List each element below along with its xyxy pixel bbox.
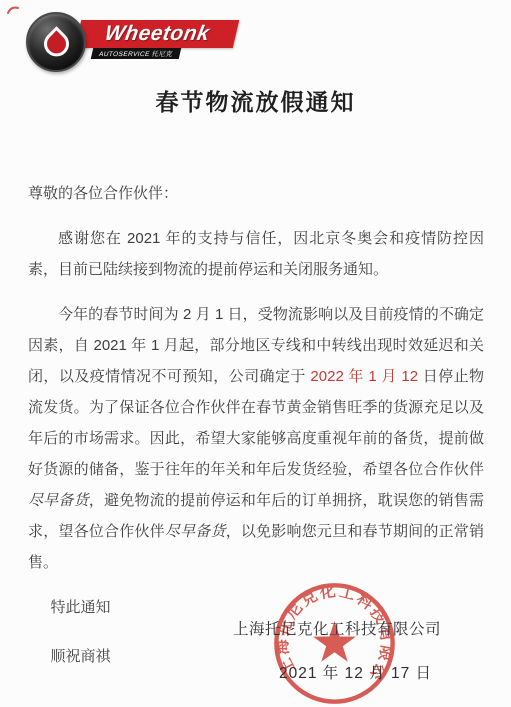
signature-company: 上海托尼克化工科技有限公司	[233, 617, 441, 639]
logo-tagline-text: AUTOSERVICE 托尼克	[98, 49, 174, 58]
greeting-line: 尊敬的各位合作伙伴：	[28, 178, 484, 209]
text-segment: 感谢您在 2021 年的支持与信任，因北京冬奥会和疫情防控因素，目前已陆续接到物…	[28, 230, 484, 278]
notice-body: 尊敬的各位合作伙伴： 感谢您在 2021 年的支持与信任，因北京冬奥会和疫情防控…	[28, 178, 484, 672]
text-segment-italic: 尽早备货	[165, 523, 226, 540]
red-corner-mark	[7, 5, 19, 15]
notice-document: Wheetonk AUTOSERVICE 托尼克 春节物流放假通知 尊敬的各位合…	[0, 0, 511, 707]
notice-title: 春节物流放假通知	[0, 84, 511, 117]
signature-date: 2021 年 12 月 17 日	[279, 661, 432, 683]
logo-circle	[26, 12, 86, 72]
paragraph-2: 今年的春节时间为 2 月 1 日，受物流影响以及目前疫情的不确定因素，自 202…	[28, 299, 484, 578]
company-logo: Wheetonk AUTOSERVICE 托尼克	[26, 10, 241, 74]
logo-brand-text: Wheetonk	[103, 22, 212, 46]
company-seal-stamp: 上海托尼克化工科技有限公司	[272, 581, 397, 706]
logo-tagline-bar: AUTOSERVICE 托尼克	[91, 48, 182, 59]
text-segment-red: 2022 年 1 月 12	[310, 368, 418, 385]
logo-banner: Wheetonk	[75, 20, 239, 48]
droplet-icon	[38, 26, 73, 61]
text-segment-italic: 尽早备货	[28, 492, 89, 509]
paragraph-1: 感谢您在 2021 年的支持与信任，因北京冬奥会和疫情防控因素，目前已陆续接到物…	[28, 223, 484, 285]
